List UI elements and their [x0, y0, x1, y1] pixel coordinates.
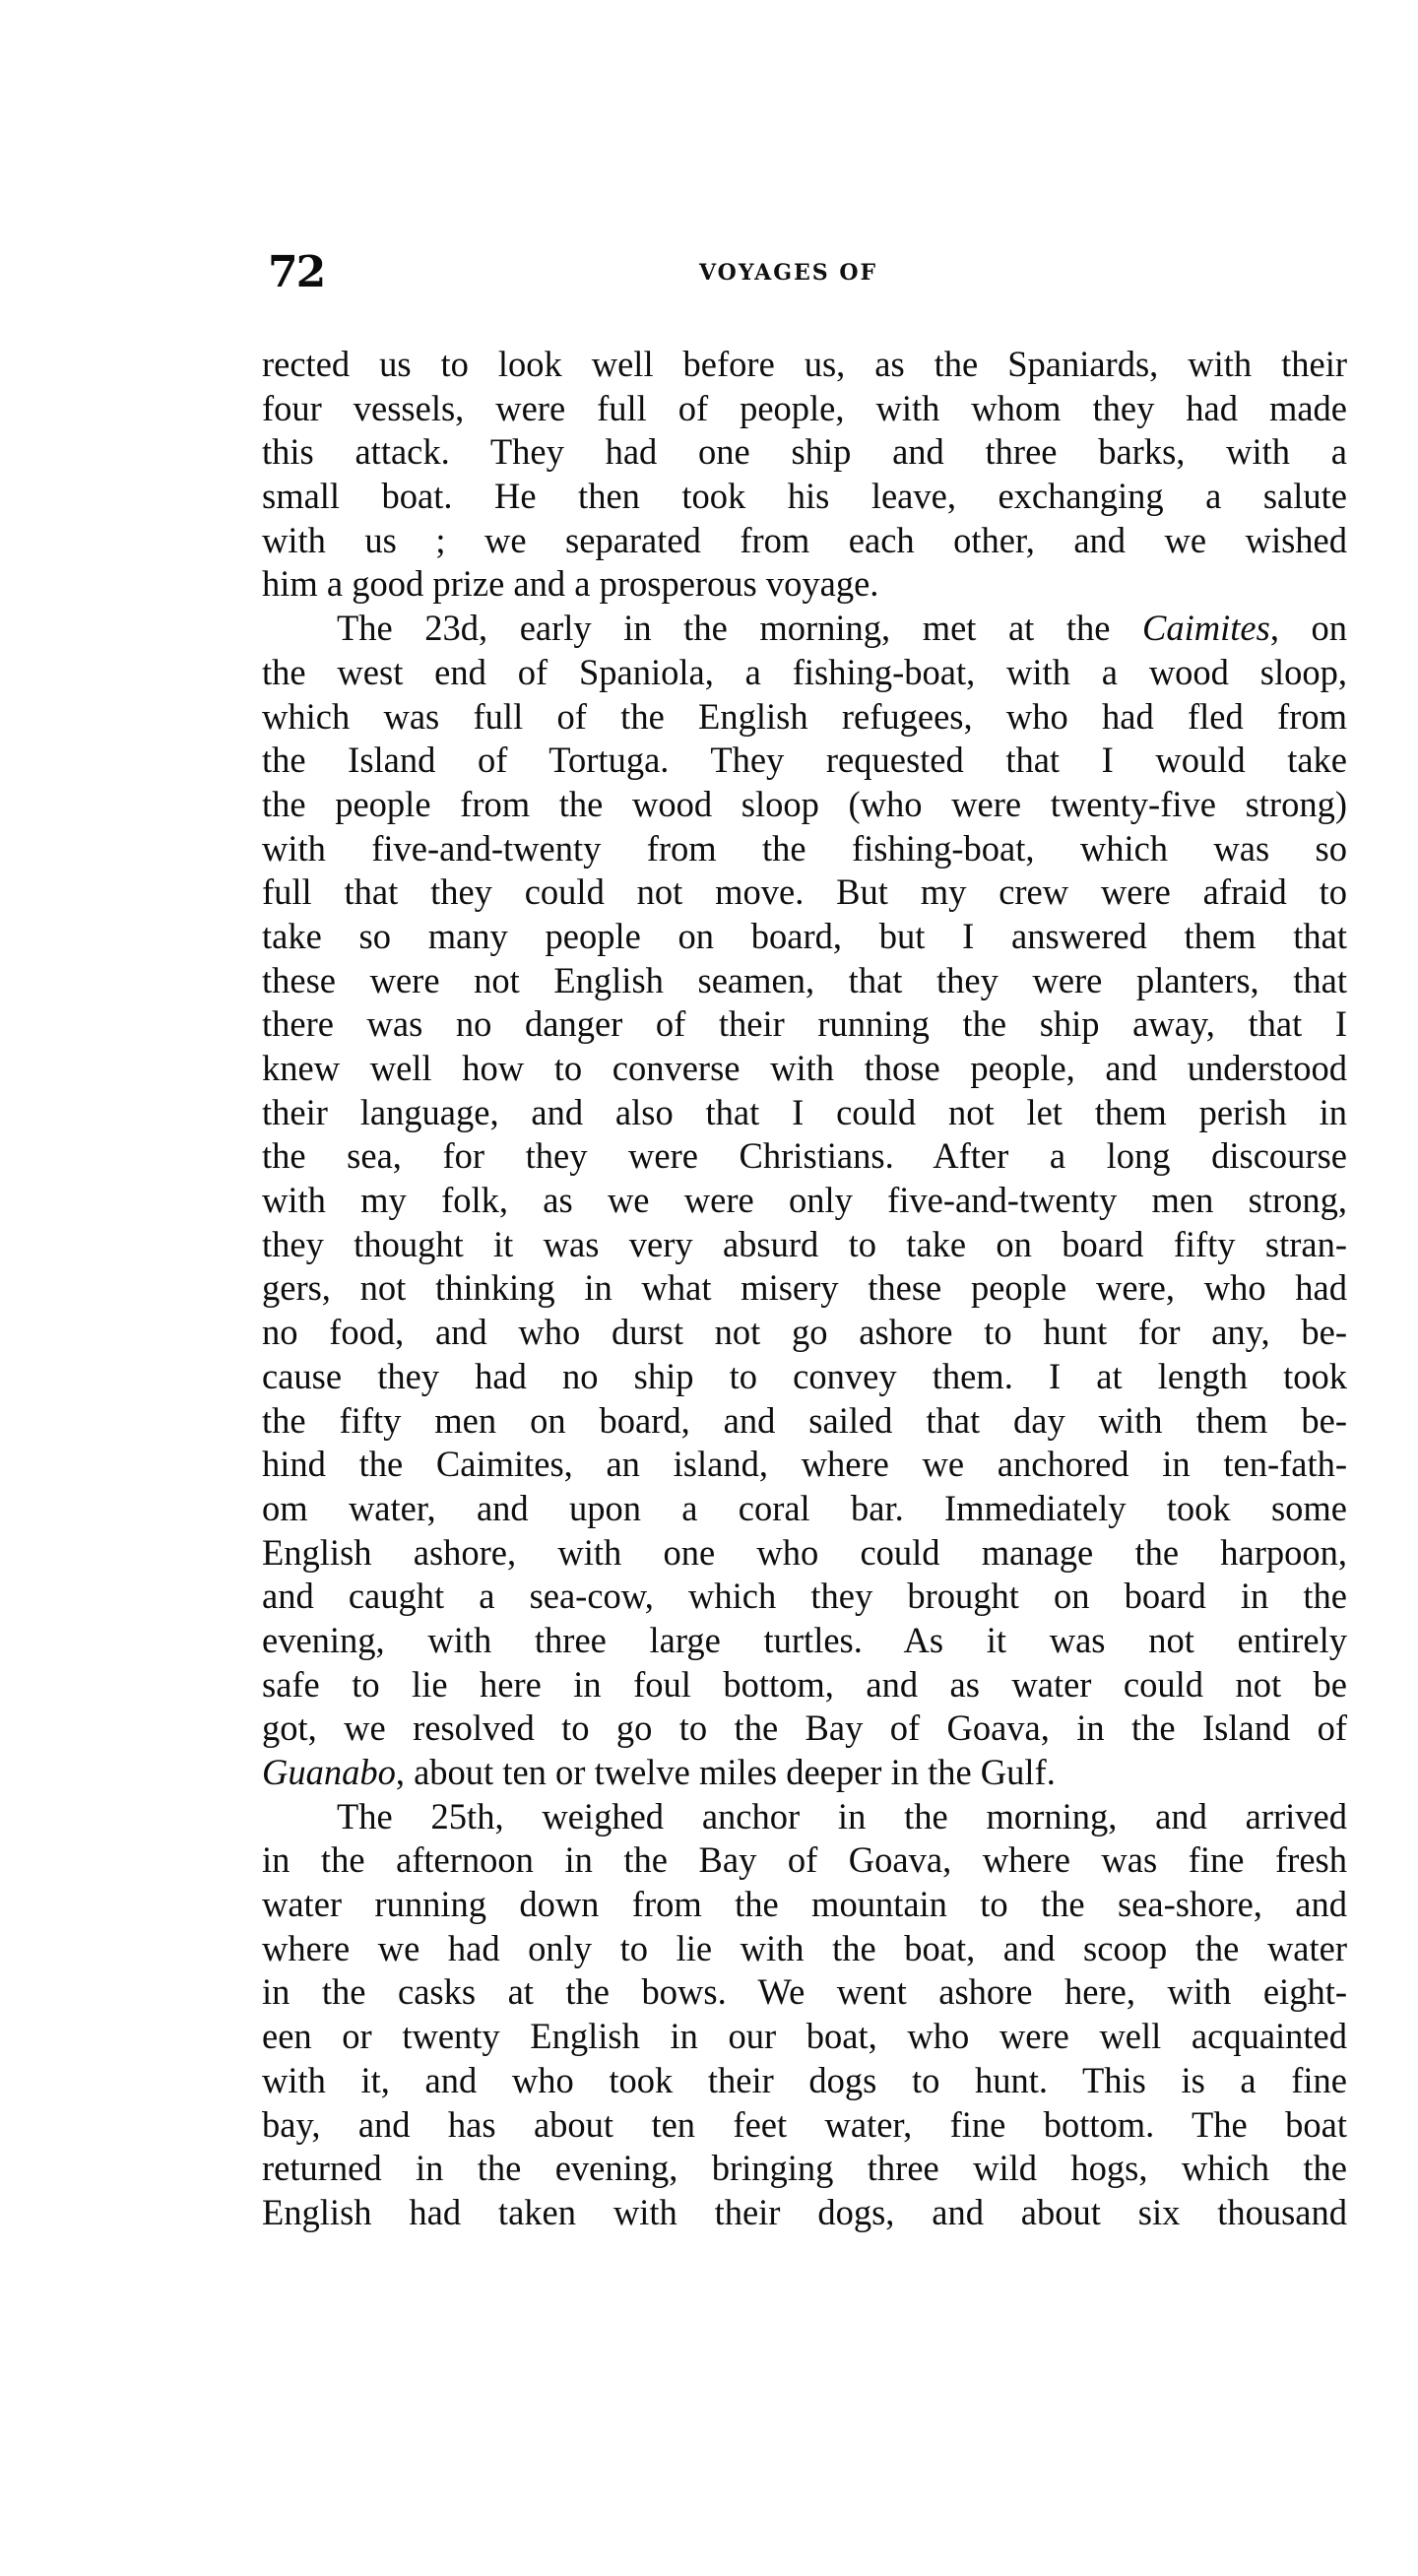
text-line: full that they could not move. But my cr…	[262, 870, 1347, 915]
text-line: The 23d, early in the morning, met at th…	[262, 607, 1347, 651]
running-head: 72 VOYAGES OF	[262, 248, 1347, 297]
page-number: 72	[268, 248, 324, 297]
text-line: the sea, for they were Christians. After…	[262, 1134, 1347, 1179]
text-line: the Island of Tortuga. They requested th…	[262, 739, 1347, 783]
text-line: with us ; we separated from each other, …	[262, 519, 1347, 563]
text-line: this attack. They had one ship and three…	[262, 430, 1347, 475]
text-run: , on	[1270, 608, 1347, 648]
text-line: their language, and also that I could no…	[262, 1091, 1347, 1135]
text-line: evening, with three large turtles. As it…	[262, 1619, 1347, 1663]
place-name-italic: Guanabo	[262, 1752, 396, 1792]
text-line: English ashore, with one who could manag…	[262, 1531, 1347, 1576]
text-line: with my folk, as we were only five-and-t…	[262, 1179, 1347, 1223]
place-name-italic: Caimites	[1142, 608, 1270, 648]
text-line: The 25th, weighed anchor in the morning,…	[262, 1795, 1347, 1839]
text-line: and caught a sea-cow, which they brought…	[262, 1575, 1347, 1619]
text-line: safe to lie here in foul bottom, and as …	[262, 1663, 1347, 1707]
text-line: knew well how to converse with those peo…	[262, 1047, 1347, 1091]
text-run: The 23d, early in the morning, met at th…	[337, 608, 1142, 648]
text-line: gers, not thinking in what misery these …	[262, 1266, 1347, 1311]
text-line: got, we resolved to go to the Bay of Goa…	[262, 1707, 1347, 1751]
text-line: they thought it was very absurd to take …	[262, 1223, 1347, 1267]
text-line: the fifty men on board, and sailed that …	[262, 1399, 1347, 1444]
text-line: the west end of Spaniola, a fishing-boat…	[262, 651, 1347, 695]
text-line: no food, and who durst not go ashore to …	[262, 1311, 1347, 1355]
book-page: 72 VOYAGES OF rected us to look well bef…	[0, 0, 1418, 2576]
text-line: water running down from the mountain to …	[262, 1883, 1347, 1927]
text-line: there was no danger of their running the…	[262, 1002, 1347, 1047]
text-line: in the afternoon in the Bay of Goava, wh…	[262, 1838, 1347, 1883]
text-line: with it, and who took their dogs to hunt…	[262, 2059, 1347, 2103]
text-line: where we had only to lie with the boat, …	[262, 1927, 1347, 1971]
text-line: Guanabo, about ten or twelve miles deepe…	[262, 1751, 1347, 1795]
text-line: English had taken with their dogs, and a…	[262, 2191, 1347, 2235]
text-line: four vessels, were full of people, with …	[262, 387, 1347, 431]
text-line: om water, and upon a coral bar. Immediat…	[262, 1487, 1347, 1531]
body-text: rected us to look well before us, as the…	[262, 343, 1347, 2235]
text-run: , about ten or twelve miles deeper in th…	[396, 1752, 1056, 1792]
text-line: small boat. He then took his leave, exch…	[262, 475, 1347, 519]
text-line: hind the Caimites, an island, where we a…	[262, 1443, 1347, 1487]
text-line: een or twenty English in our boat, who w…	[262, 2015, 1347, 2059]
text-line: take so many people on board, but I answ…	[262, 915, 1347, 959]
text-line: rected us to look well before us, as the…	[262, 343, 1347, 387]
text-line: in the casks at the bows. We went ashore…	[262, 1970, 1347, 2015]
text-line: him a good prize and a prosperous voyage…	[262, 562, 1347, 607]
paragraph-3: The 25th, weighed anchor in the morning,…	[262, 1795, 1347, 2235]
running-title: VOYAGES OF	[699, 258, 877, 288]
text-line: the people from the wood sloop (who were…	[262, 783, 1347, 827]
text-line: which was full of the English refugees, …	[262, 695, 1347, 740]
paragraph-1: rected us to look well before us, as the…	[262, 343, 1347, 607]
text-line: these were not English seamen, that they…	[262, 959, 1347, 1003]
text-line: cause they had no ship to convey them. I…	[262, 1355, 1347, 1399]
text-line: returned in the evening, bringing three …	[262, 2147, 1347, 2191]
paragraph-2: The 23d, early in the morning, met at th…	[262, 607, 1347, 1795]
text-line: with five-and-twenty from the fishing-bo…	[262, 827, 1347, 871]
text-line: bay, and has about ten feet water, fine …	[262, 2103, 1347, 2148]
